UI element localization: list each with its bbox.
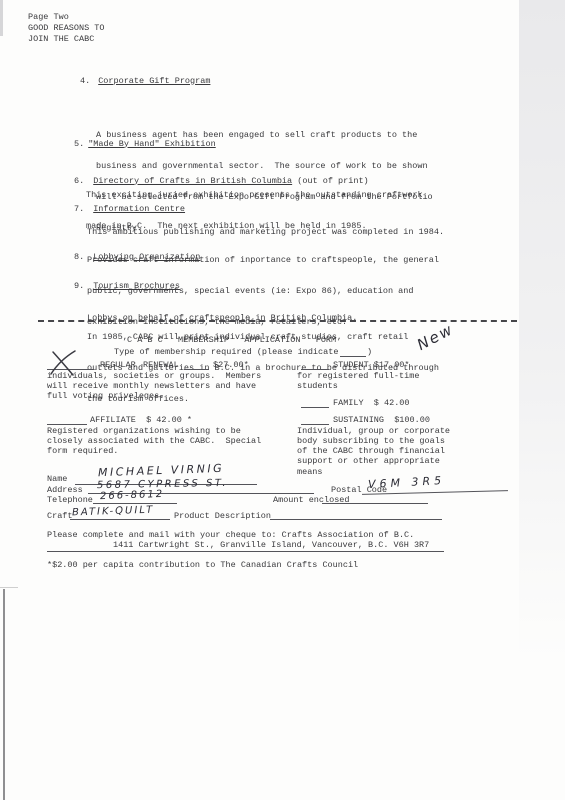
scan-page-edge-line	[3, 589, 5, 800]
reason-number: 4.	[80, 76, 90, 86]
form-subtitle: Type of membership required (please indi…	[114, 347, 338, 357]
craft-field-label: Craft	[47, 511, 73, 521]
affiliate-desc-line: closely associated with the CABC. Specia…	[47, 436, 261, 446]
family-checkbox-line	[301, 407, 329, 408]
reason-number: 9.	[74, 281, 84, 291]
affiliate-option-label: AFFILIATE $ 42.00 *	[90, 415, 192, 425]
product-description-field-label: Product Description	[174, 511, 271, 521]
reason-title: Information Centre	[93, 204, 185, 214]
name-field-label: Name	[47, 474, 67, 484]
reason-title-line: 7.Information Centre	[74, 204, 439, 214]
affiliate-desc-line: form required.	[47, 446, 118, 456]
mail-instruction-line: Please complete and mail with your chequ…	[47, 530, 414, 540]
sustaining-option-label: SUSTAINING $100.00	[333, 415, 430, 425]
scan-right-shadow-band	[519, 0, 565, 660]
scan-edge-top-left	[0, 0, 3, 36]
regular-desc-line: will receive monthly newsletters and hav…	[47, 381, 256, 391]
reason-number: 7.	[74, 204, 84, 214]
family-option-label: FAMILY $ 42.00	[333, 398, 410, 408]
name-field-value: MICHAEL VIRNIG	[98, 462, 225, 479]
reason-title: Corporate Gift Program	[98, 76, 210, 86]
sustaining-desc-line: of the CABC through financial	[297, 446, 445, 456]
mail-instruction-underline	[47, 551, 444, 552]
mail-instruction-line: 1411 Cartwright St., Granville Island, V…	[113, 540, 429, 550]
regular-desc-line: individuals, societies or groups. Member…	[47, 371, 261, 381]
product-description-field-line	[270, 519, 442, 520]
sustaining-desc-line: body subscribing to the goals	[297, 436, 445, 446]
reason-title: "Made By Hand" Exhibition	[88, 139, 216, 149]
craft-field-line	[70, 519, 170, 520]
regular-price: $27.00*	[213, 360, 249, 370]
reason-title-line: 4.Corporate Gift Program	[80, 76, 433, 86]
page-header-line: GOOD REASONS TO	[28, 23, 105, 33]
reason-title: Tourism Brochures	[93, 281, 180, 291]
reason-title-line: 5."Made By Hand" Exhibition	[74, 139, 423, 149]
reason-number: 5.	[74, 139, 84, 149]
reason-title-line: 9.Tourism Brochures	[74, 281, 439, 291]
renewal-option-label: RENEWAL	[143, 360, 179, 370]
footnote: *$2.00 per capita contribution to The Ca…	[47, 560, 358, 570]
student-desc-line: students	[297, 381, 338, 391]
sustaining-desc-line: support or other appropriate	[297, 456, 440, 466]
scan-page-edge-step	[0, 587, 18, 588]
regular-desc-line: full voting priveleges.	[47, 391, 164, 401]
telephone-field-line	[93, 503, 177, 504]
student-option-label: STUDENT $17.00*	[333, 360, 410, 370]
regular-option-label: REGULAR	[100, 360, 136, 370]
sustaining-desc-line: Individual, group or corporate	[297, 426, 450, 436]
affiliate-desc-line: Registered organizations wishing to be	[47, 426, 241, 436]
address-field-label: Address	[47, 485, 83, 495]
student-desc-line: for registered full-time	[297, 371, 419, 381]
postal-code-field-value: V6M 3R5	[368, 474, 446, 491]
page-header-line: JOIN THE CABC	[28, 34, 94, 44]
form-title: C A B C MEMBERSHIP APPLICATION FORM	[127, 335, 336, 345]
amount-enclosed-field-line	[322, 503, 428, 504]
craft-field-value: BATIK-QUILT	[72, 505, 155, 519]
telephone-field-label: Telephone	[47, 495, 93, 505]
page-header-line: Page Two	[28, 12, 69, 22]
scanned-document-page: Page Two GOOD REASONS TO JOIN THE CABC 4…	[0, 0, 565, 800]
telephone-field-value: 266-8612	[100, 489, 165, 502]
form-subtitle-close-paren: )	[367, 347, 372, 357]
sustaining-desc-line: means	[297, 467, 323, 477]
subtitle-indicate-blank-line	[340, 356, 366, 357]
